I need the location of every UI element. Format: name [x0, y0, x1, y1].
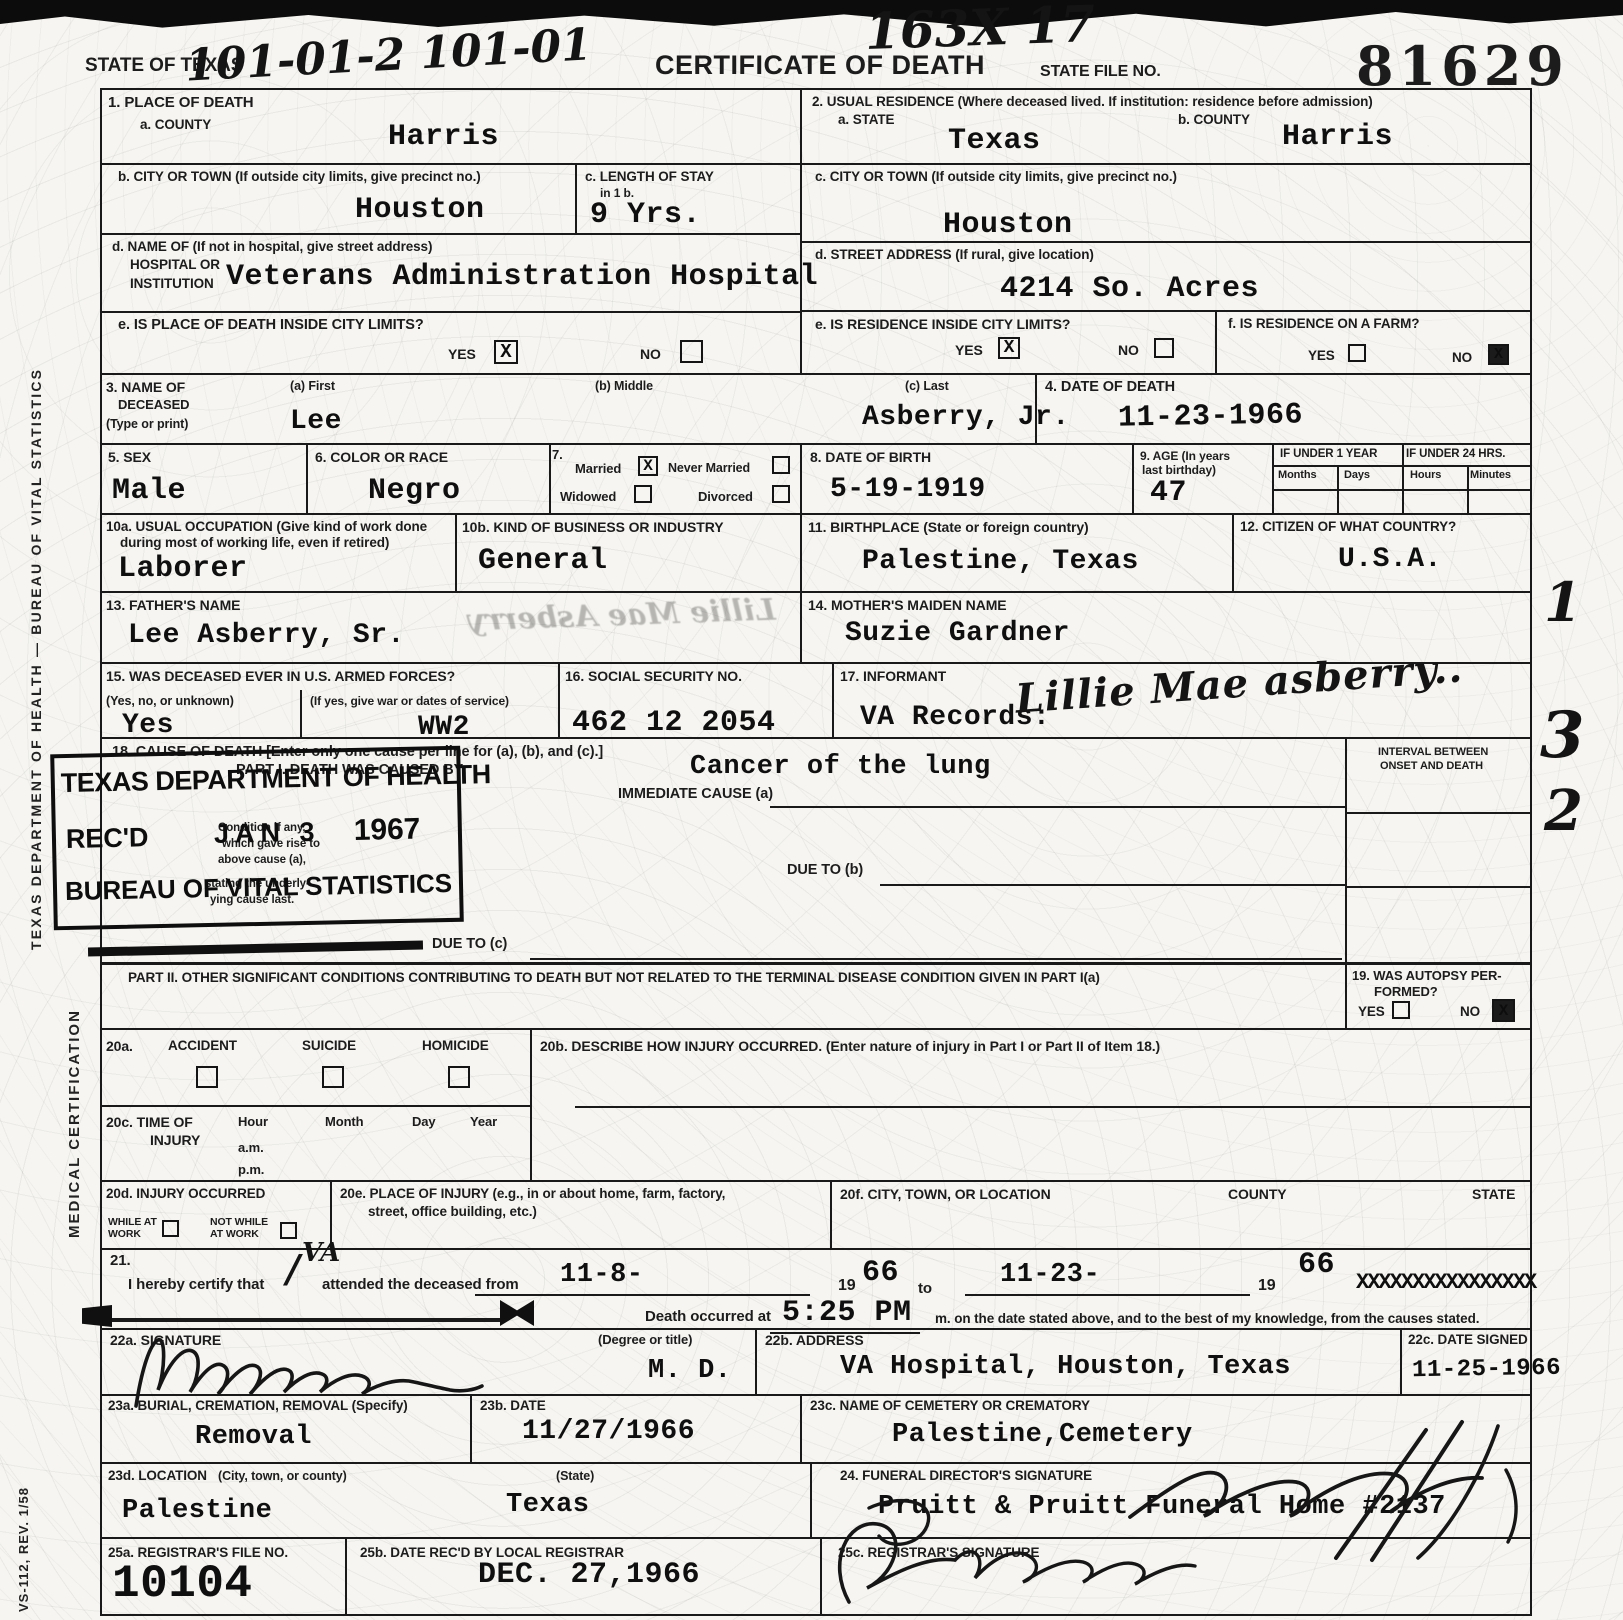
hospital-label: d. NAME OF (If not in hospital, give str… — [112, 239, 432, 254]
suicide-checkbox — [322, 1066, 344, 1088]
homicide-checkbox — [448, 1066, 470, 1088]
age-label: 9. AGE (In years — [1140, 449, 1230, 463]
grid-line — [530, 1030, 532, 1180]
to-year-value: 66 — [1298, 1248, 1335, 1282]
hospital-label-2: HOSPITAL OR — [130, 257, 220, 272]
redaction-line — [100, 1318, 505, 1322]
location-state-sublabel: (State) — [556, 1469, 594, 1483]
residence-label: 2. USUAL RESIDENCE (Where deceased lived… — [812, 94, 1373, 109]
cause-a-line — [770, 806, 1345, 808]
received-stamp: TEXAS DEPARTMENT OF HEALTH REC'D JAN 3 1… — [50, 746, 464, 931]
residence-street-label: d. STREET ADDRESS (If rural, give locati… — [815, 247, 1094, 262]
occupation-label: 10a. USUAL OCCUPATION (Give kind of work… — [106, 519, 427, 534]
grid-line — [1272, 489, 1530, 491]
farm-yes-label: YES — [1308, 348, 1335, 363]
age-label-2: last birthday) — [1142, 463, 1216, 477]
last-name-label: (c) Last — [905, 379, 949, 393]
month-label: Month — [325, 1114, 363, 1129]
due-b-line — [880, 884, 1345, 886]
citizen-value: U.S.A. — [1338, 544, 1442, 575]
grid-line — [100, 737, 1530, 739]
bleed-through-text: Lillie Mae Asberry — [467, 593, 776, 639]
death-limits-no-label: NO — [640, 346, 661, 362]
date-of-death-value: 11-23-1966 — [1118, 398, 1304, 435]
date-signed-label: 22c. DATE SIGNED — [1408, 1332, 1528, 1347]
widowed-checkbox — [634, 485, 652, 503]
autopsy-no-checkbox: X — [1492, 999, 1515, 1022]
stamp-year: 1967 — [354, 813, 421, 848]
stamp-date: JAN 3 — [214, 817, 321, 850]
injury-20d-label: 20d. INJURY OCCURRED — [106, 1186, 265, 1201]
autopsy-yes-label: YES — [1358, 1004, 1385, 1019]
funeral-director-label: 24. FUNERAL DIRECTOR'S SIGNATURE — [840, 1468, 1092, 1483]
certify-pre-text: I hereby certify that — [128, 1276, 264, 1293]
occupation-label-2: during most of working life, even if ret… — [120, 535, 389, 550]
grid-line — [100, 591, 1530, 593]
grid-line — [549, 443, 551, 513]
not-while-at-work-label-2: AT WORK — [210, 1228, 259, 1240]
residence-state-label: a. STATE — [838, 112, 894, 127]
grid-line — [800, 88, 802, 373]
grid-line — [1272, 443, 1274, 513]
death-limits-no-checkbox — [680, 340, 703, 363]
degree-value: M. D. — [648, 1356, 732, 1386]
to-year-prefix: 19 — [1258, 1277, 1276, 1295]
injury-county-label: COUNTY — [1228, 1186, 1287, 1202]
industry-value: General — [478, 544, 608, 578]
while-at-work-label: WHILE AT — [108, 1216, 157, 1228]
autopsy-no-label: NO — [1460, 1004, 1480, 1019]
while-at-work-label-2: WORK — [108, 1228, 141, 1240]
length-of-stay-label: c. LENGTH OF STAY — [585, 169, 714, 184]
farm-no-checkbox: X — [1488, 344, 1509, 365]
grid-line — [755, 1328, 757, 1394]
birthplace-value: Palestine, Texas — [862, 546, 1139, 577]
residence-county-label: b. COUNTY — [1178, 112, 1250, 127]
deceased-name-label: 3. NAME OF — [106, 379, 185, 395]
day-label: Day — [412, 1114, 436, 1129]
form-top-border — [100, 88, 1530, 90]
death-certificate-page: STATE OF TEXAS 101-01-2 101-01 163X 17 C… — [0, 0, 1623, 1620]
certify-tail-text: m. on the date stated above, and to the … — [935, 1311, 1479, 1326]
date-signed-value: 11-25-1966 — [1412, 1355, 1561, 1385]
married-label: Married — [575, 461, 621, 476]
residence-limits-no-checkbox — [1154, 338, 1174, 358]
residence-city-label: c. CITY OR TOWN (If outside city limits,… — [815, 169, 1177, 184]
deceased-name-label-2: DECEASED — [118, 397, 189, 412]
stamp-received: REC'D — [66, 822, 149, 855]
location-label: 23d. LOCATION — [108, 1468, 207, 1483]
homicide-label: HOMICIDE — [422, 1038, 489, 1053]
location-sublabel: (City, town, or county) — [218, 1469, 347, 1483]
deceased-name-label-3: (Type or print) — [106, 417, 188, 431]
accident-label: ACCIDENT — [168, 1038, 237, 1053]
under-1-year-label: IF UNDER 1 YEAR — [1280, 448, 1377, 460]
residence-limits-no-label: NO — [1118, 342, 1139, 358]
first-name-value: Lee — [290, 406, 342, 437]
grid-line — [100, 311, 800, 313]
race-value: Negro — [368, 474, 461, 508]
sex-value: Male — [112, 474, 186, 508]
last-name-value: Asberry, Jr. — [862, 402, 1070, 433]
am-label: a.m. — [238, 1140, 264, 1155]
injury-20f-label: 20f. CITY, TOWN, OR LOCATION — [840, 1186, 1051, 1202]
certify-attended-text: attended the deceased from — [322, 1276, 519, 1293]
grid-line — [455, 513, 457, 591]
grid-line — [100, 233, 800, 235]
death-limits-yes-label: YES — [448, 346, 476, 362]
farm-no-label: NO — [1452, 350, 1472, 365]
certificate-title: CERTIFICATE OF DEATH — [655, 50, 985, 81]
death-time-value: 5:25 PM — [782, 1296, 912, 1330]
grid-line — [100, 1180, 1530, 1182]
location-state-value: Texas — [506, 1490, 590, 1520]
registrar-date-value: DEC. 27,1966 — [478, 1558, 700, 1592]
grid-line — [1132, 443, 1134, 513]
grid-line — [832, 662, 834, 737]
father-name-value: Lee Asberry, Sr. — [128, 620, 405, 651]
grid-line — [300, 690, 302, 737]
stamp-bureau: BUREAU OF VITAL STATISTICS — [65, 868, 452, 907]
under-24-hrs-label: IF UNDER 24 HRS. — [1406, 448, 1505, 460]
pm-label: p.m. — [238, 1162, 264, 1177]
informant-signature: Lillie Mae asberry.. — [1014, 644, 1465, 722]
attended-to-line — [965, 1294, 1250, 1296]
place-of-death-label: 1. PLACE OF DEATH — [108, 94, 254, 111]
ink-blot — [500, 1300, 534, 1326]
days-label: Days — [1344, 469, 1370, 481]
divorced-checkbox — [772, 485, 790, 503]
injury-20b-label: 20b. DESCRIBE HOW INJURY OCCURRED. (Ente… — [540, 1038, 1160, 1054]
stamp-agency: TEXAS DEPARTMENT OF HEALTH — [60, 759, 491, 799]
address-label: 22b. ADDRESS — [765, 1332, 864, 1348]
county-label: a. COUNTY — [140, 117, 211, 132]
burial-date-value: 11/27/1966 — [522, 1416, 695, 1447]
citizen-label: 12. CITIZEN OF WHAT COUNTRY? — [1240, 519, 1456, 534]
residence-limits-yes-checkbox: X — [998, 337, 1020, 359]
widowed-label: Widowed — [560, 489, 616, 504]
residence-farm-label: f. IS RESIDENCE ON A FARM? — [1228, 316, 1419, 331]
county-value: Harris — [388, 120, 499, 154]
hour-label: Hour — [238, 1114, 268, 1129]
residence-state-value: Texas — [948, 124, 1041, 158]
attended-from-line — [475, 1294, 810, 1296]
armed-forces-sublabel-1: (Yes, no, or unknown) — [106, 694, 234, 708]
grid-line — [1232, 513, 1234, 591]
certify-slash: / — [286, 1246, 300, 1291]
cemetery-label: 23c. NAME OF CEMETERY OR CREMATORY — [810, 1398, 1090, 1413]
death-limits-yes-checkbox: X — [494, 340, 518, 364]
grid-line — [575, 163, 577, 233]
ink-smear — [88, 940, 423, 956]
due-c-line — [530, 958, 1342, 960]
ssn-value: 462 12 2054 — [572, 706, 776, 740]
left-margin-agency-text: TEXAS DEPARTMENT OF HEALTH — BUREAU OF V… — [28, 368, 44, 950]
grid-line — [100, 163, 1530, 165]
hours-label: Hours — [1410, 469, 1441, 481]
war-value: WW2 — [418, 712, 470, 743]
grid-line — [800, 443, 802, 662]
occupation-value: Laborer — [118, 552, 248, 586]
mother-name-value: Suzie Gardner — [845, 618, 1070, 649]
race-label: 6. COLOR OR RACE — [315, 449, 448, 465]
grid-line — [345, 1537, 347, 1614]
attended-from-date: 11-8- — [560, 1260, 644, 1290]
residence-limits-label: e. IS RESIDENCE INSIDE CITY LIMITS? — [815, 316, 1070, 332]
grid-line — [1345, 737, 1347, 1028]
injury-20e-label-2: street, office building, etc.) — [368, 1204, 537, 1219]
grid-line — [830, 1180, 832, 1248]
autopsy-yes-checkbox — [1392, 1001, 1410, 1019]
injury-20c-label: 20c. TIME OF — [106, 1114, 193, 1130]
death-occurred-text: Death occurred at — [645, 1308, 771, 1325]
divorced-label: Divorced — [698, 489, 753, 504]
form-right-border — [1530, 88, 1532, 1616]
hospital-value: Veterans Administration Hospital — [226, 260, 818, 294]
grid-line — [800, 241, 1530, 243]
from-year-prefix: 19 — [838, 1277, 856, 1295]
hospital-label-3: INSTITUTION — [130, 276, 214, 291]
medical-certification-margin-text: MEDICAL CERTIFICATION — [66, 1009, 83, 1238]
middle-name-label: (b) Middle — [595, 379, 653, 393]
grid-line — [100, 1028, 1530, 1030]
grid-line — [100, 1105, 530, 1107]
grid-line — [1272, 465, 1530, 467]
never-married-label: Never Married — [668, 461, 750, 475]
injury-state-label: STATE — [1472, 1186, 1515, 1202]
grid-line — [100, 962, 1530, 965]
death-city-limits-label: e. IS PLACE OF DEATH INSIDE CITY LIMITS? — [118, 317, 424, 333]
dob-label: 8. DATE OF BIRTH — [810, 449, 931, 465]
certify-number: 21. — [110, 1252, 131, 1269]
handwritten-codes: 101-01-2 101-01 — [184, 19, 593, 91]
margin-mark-2: 2 — [1544, 778, 1583, 844]
registrar-signature — [805, 1498, 1235, 1618]
registrar-file-value: 10104 — [112, 1558, 253, 1610]
grid-line — [1215, 310, 1217, 373]
never-married-checkbox — [772, 456, 790, 474]
grid-line — [558, 662, 560, 737]
armed-forces-sublabel-2: (If yes, give war or dates of service) — [310, 694, 509, 708]
grid-line — [1400, 1328, 1402, 1394]
scan-edge-band — [0, 0, 1623, 30]
due-to-b-label: DUE TO (b) — [787, 862, 863, 878]
not-while-at-work-label: NOT WHILE — [210, 1216, 268, 1228]
due-to-c-label: DUE TO (c) — [432, 936, 507, 952]
dob-value: 5-19-1919 — [830, 474, 986, 505]
not-while-at-work-checkbox — [280, 1222, 297, 1239]
injury-20e-label: 20e. PLACE OF INJURY (e.g., in or about … — [340, 1186, 725, 1201]
months-label: Months — [1278, 469, 1317, 481]
margin-mark-3: 3 — [1540, 698, 1585, 773]
while-at-work-checkbox — [162, 1220, 179, 1237]
grid-line — [575, 1106, 1530, 1108]
strike-out-text: XXXXXXXXXXXXXXXX — [1356, 1270, 1535, 1295]
first-name-label: (a) First — [290, 379, 335, 393]
immediate-cause-label: IMMEDIATE CAUSE (a) — [618, 786, 773, 802]
from-year-value: 66 — [862, 1256, 899, 1290]
autopsy-label-2: FORMED? — [1374, 984, 1438, 999]
residence-city-value: Houston — [943, 208, 1073, 242]
grid-line — [306, 443, 308, 513]
grid-line — [1345, 886, 1530, 888]
part2-label: PART II. OTHER SIGNIFICANT CONDITIONS CO… — [128, 970, 1100, 985]
margin-mark-1: 1 — [1544, 570, 1582, 634]
city-value: Houston — [355, 193, 485, 227]
birthplace-label: 11. BIRTHPLACE (State or foreign country… — [808, 519, 1089, 535]
armed-forces-answer: Yes — [122, 710, 174, 741]
state-file-no-label: STATE FILE NO. — [1040, 63, 1161, 81]
grid-line — [100, 373, 1530, 375]
city-label: b. CITY OR TOWN (If outside city limits,… — [118, 169, 481, 184]
grid-line — [800, 1394, 802, 1462]
attended-to-date: 11-23- — [1000, 1260, 1100, 1290]
grid-line — [1337, 465, 1339, 513]
date-of-death-label: 4. DATE OF DEATH — [1045, 379, 1175, 395]
degree-label: (Degree or title) — [598, 1332, 692, 1347]
farm-yes-checkbox — [1348, 344, 1366, 362]
burial-value: Removal — [195, 1422, 312, 1452]
cause-a-value: Cancer of the lung — [690, 752, 991, 782]
accident-checkbox — [196, 1066, 218, 1088]
grid-line — [100, 443, 1530, 445]
interval-label: INTERVAL BETWEEN — [1378, 746, 1488, 758]
armed-forces-label: 15. WAS DECEASED EVER IN U.S. ARMED FORC… — [106, 668, 455, 684]
injury-20a-label: 20a. — [106, 1038, 133, 1054]
grid-line — [1467, 465, 1469, 513]
informant-label: 17. INFORMANT — [840, 668, 946, 684]
burial-date-label: 23b. DATE — [480, 1398, 546, 1413]
age-value: 47 — [1150, 476, 1187, 510]
length-of-stay-value: 9 Yrs. — [590, 198, 701, 232]
grid-line — [100, 513, 1530, 515]
married-checkbox: X — [638, 456, 658, 476]
ssn-label: 16. SOCIAL SECURITY NO. — [565, 668, 742, 684]
form-code-margin-text: VS-112, REV. 1/58 — [16, 1487, 31, 1612]
suicide-label: SUICIDE — [302, 1038, 356, 1053]
ink-blot — [82, 1305, 112, 1327]
injury-20c-label-2: INJURY — [150, 1132, 200, 1148]
autopsy-label: 19. WAS AUTOPSY PER- — [1352, 968, 1501, 983]
address-value: VA Hospital, Houston, Texas — [840, 1352, 1291, 1382]
residence-street-value: 4214 So. Acres — [1000, 272, 1259, 306]
sex-label: 5. SEX — [108, 449, 151, 465]
year-label: Year — [470, 1114, 497, 1129]
industry-label: 10b. KIND OF BUSINESS OR INDUSTRY — [462, 519, 723, 535]
mother-name-label: 14. MOTHER'S MAIDEN NAME — [808, 597, 1007, 613]
minutes-label: Minutes — [1470, 469, 1511, 481]
certify-to-text: to — [918, 1280, 932, 1297]
location-value: Palestine — [122, 1496, 272, 1526]
residence-limits-yes-label: YES — [955, 342, 983, 358]
residence-county-value: Harris — [1282, 120, 1393, 154]
grid-line — [1345, 812, 1530, 814]
marital-label: 7. — [552, 447, 563, 462]
physician-signature — [128, 1326, 488, 1414]
certify-va-handwritten: VA — [302, 1238, 340, 1268]
father-name-label: 13. FATHER'S NAME — [106, 597, 240, 613]
grid-line — [1402, 443, 1404, 513]
grid-line — [800, 310, 1530, 312]
interval-label-2: ONSET AND DEATH — [1380, 760, 1483, 772]
